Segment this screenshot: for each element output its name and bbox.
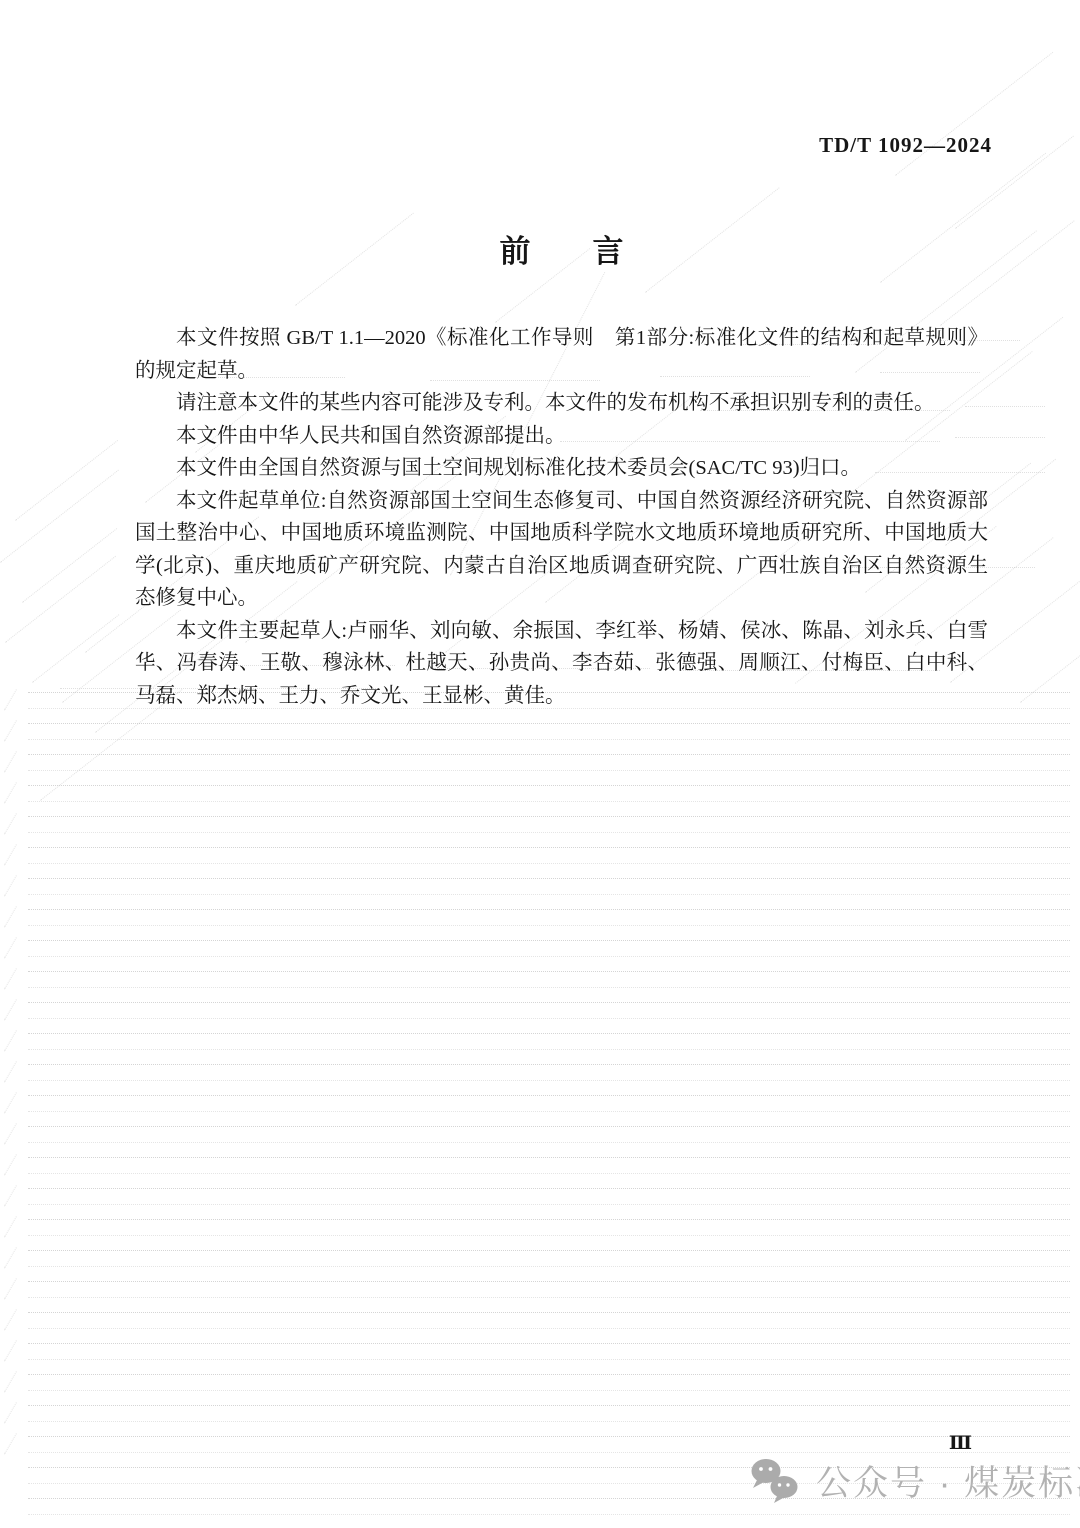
document-page: TD/T 1092—2024 前 言 本文件按照 GB/T 1.1—2020《标… — [0, 0, 1080, 1528]
paragraph-committee: 本文件由全国自然资源与国土空间规划标准化技术委员会(SAC/TC 93)归口。 — [135, 452, 988, 485]
watermark-text: 公众号 · 煤炭标准 — [816, 1456, 1080, 1506]
page-number: Ⅲ — [949, 1432, 972, 1455]
doc-code: TD/T 1092—2024 — [819, 133, 992, 158]
paragraph-drafting-units: 本文件起草单位:自然资源部国土空间生态修复司、中国自然资源经济研究院、自然资源部… — [135, 485, 988, 615]
foreword-body: 本文件按照 GB/T 1.1—2020《标准化工作导则 第1部分:标准化文件的结… — [135, 322, 988, 712]
paragraph-patent-notice: 请注意本文件的某些内容可能涉及专利。本文件的发布机构不承担识别专利的责任。 — [135, 387, 988, 420]
paragraph-proposed-by: 本文件由中华人民共和国自然资源部提出。 — [135, 420, 988, 453]
paragraph-basis: 本文件按照 GB/T 1.1—2020《标准化工作导则 第1部分:标准化文件的结… — [135, 322, 988, 387]
wechat-icon — [748, 1457, 802, 1505]
watermark: 公众号 · 煤炭标准 — [748, 1456, 1080, 1506]
paragraph-drafters: 本文件主要起草人:卢丽华、刘向敏、余振国、李红举、杨婧、侯冰、陈晶、刘永兵、白雪… — [135, 615, 988, 713]
page-title: 前 言 — [135, 226, 988, 271]
